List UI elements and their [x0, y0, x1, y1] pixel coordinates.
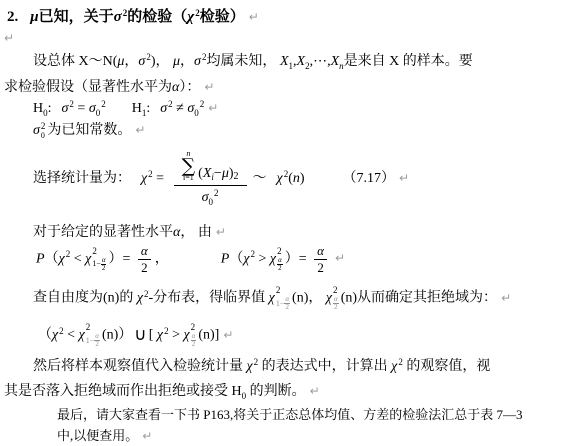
intro-text: )， — [151, 54, 173, 69]
alpha-symbol: α — [191, 333, 197, 340]
critical-values-line: 查自由度为(n)的 χ2-分布表，得临界值 χ21−α2(n)， χ2α2(n)… — [33, 286, 511, 311]
final-note-line-1: 最后，请大家查看一下书 P163,将关于正态总体均值、方差的检验法汇总于表 7—… — [57, 404, 522, 423]
mu-symbol: μ — [222, 166, 229, 182]
chi-symbol: χ — [52, 328, 58, 343]
superscript-2: 2 — [86, 323, 91, 332]
argument-n: (n) — [102, 328, 118, 343]
paragraph-mark-icon: ↵ — [142, 429, 152, 443]
conclusion-line-2: 其是否落入拒绝域而作出拒绝或接受 H0 的判断。↵ — [4, 380, 320, 401]
ellipsis: ,⋯, — [310, 54, 331, 69]
chi-symbol: χ — [79, 328, 85, 343]
final-note-text: 最后，请大家查看一下书 P163,将关于正态总体均值、方差的检验法汇总于表 7—… — [57, 407, 522, 422]
greater-than: > — [169, 328, 184, 343]
h0-label: H — [33, 101, 43, 116]
chi-symbol: χ — [277, 171, 283, 186]
sigma-symbol: σ — [194, 54, 201, 69]
chi-symbol: χ — [157, 328, 163, 343]
superscript-2: 2 — [214, 188, 219, 198]
alpha-half-mini-fraction: α2 — [101, 257, 107, 272]
alpha-half-fraction: α2 — [138, 244, 151, 274]
paragraph-mark-icon: ↵ — [399, 171, 409, 185]
subscript-0: 0 — [41, 132, 45, 140]
equals: ）= — [109, 251, 134, 266]
critical-text: 查自由度为(n)的 — [33, 291, 137, 306]
conclusion-line-1: 然后将样本观察值代入检验统计量 χ2 的表达式中，计算出 χ2 的观察值，视 — [33, 355, 490, 375]
section-title: 2.μ已知，关于σ2的检验（χ2检验）↵ — [7, 5, 259, 26]
argument-n: (n) — [198, 328, 214, 343]
mu-symbol: μ — [173, 54, 180, 69]
minus: − — [214, 166, 222, 182]
section-number: 2. — [7, 9, 18, 25]
sum-lower-limit: i=1 — [183, 174, 194, 182]
conclusion-text: 的判断。 — [246, 384, 306, 399]
quantile-subscript: α2 — [277, 257, 283, 272]
hypotheses-line: H0:σ2 = σ02H1:σ2 ≠ σ02↵ — [33, 99, 218, 118]
superscript-2: 2 — [234, 171, 239, 182]
alpha-symbol: α — [333, 296, 339, 303]
right-bracket: ] — [215, 328, 220, 343]
sample-xn: X — [331, 54, 340, 69]
superscript-2: 2 — [92, 247, 97, 256]
x-variable: X — [203, 166, 212, 182]
rejection-region-line: （χ2 < χ21−α2(n)）∪[ χ2 > χ2α2(n)]↵ — [38, 323, 233, 348]
sigma0-symbol: σ — [33, 123, 40, 138]
alpha-half-mini-fraction: α2 — [284, 296, 290, 311]
right-paren: ） — [118, 328, 132, 343]
superscript-2: 2 — [277, 247, 282, 256]
mu-symbol: μ — [30, 9, 38, 25]
alpha-symbol: α — [277, 257, 283, 264]
quantile-subscript: 1−α2 — [86, 333, 100, 348]
equals: ）= — [285, 251, 310, 266]
chi-symbol: χ — [270, 251, 276, 266]
denominator-2: 2 — [94, 340, 100, 348]
chi-symbol: χ — [247, 359, 253, 374]
n-variable: n — [293, 171, 300, 186]
chi-squared-lower-quantile: 21−α2 — [276, 286, 290, 311]
chi-squared-lower-quantile: 21−α2 — [92, 247, 106, 272]
chi-squared-upper-quantile: 2α2 — [191, 323, 197, 348]
paragraph-mark-icon: ↵ — [501, 291, 511, 305]
superscript-2: 2 — [276, 286, 281, 295]
chi-symbol: χ — [391, 359, 397, 374]
denominator-2: 2 — [333, 303, 339, 311]
alpha-text: 对于给定的显著性水平 — [33, 225, 173, 240]
final-note-text: 中,以便查用。 — [57, 428, 138, 443]
chi-symbol: χ — [326, 291, 332, 306]
alpha-symbol: α — [94, 333, 100, 340]
chi-symbol: χ — [137, 291, 143, 306]
chi-symbol: χ — [85, 251, 91, 266]
critical-text: (n)从而确定其拒绝域为： — [341, 291, 497, 306]
final-note-line-2: 中,以便查用。↵ — [57, 425, 152, 444]
greater-than: > — [255, 251, 270, 266]
paragraph-mark-icon: ↵ — [216, 225, 226, 239]
known-constant-text: 为已知常数。 — [47, 123, 131, 138]
statistic-formula-line: 选择统计量为：χ2 = n∑i=1(Xi − μ)2σ02～χ2(n)（7.17… — [33, 150, 409, 207]
quantile-subscript: 1−α2 — [276, 296, 290, 311]
right-paren: ) — [300, 171, 305, 186]
alpha-half-mini-fraction: α2 — [94, 333, 100, 348]
not-equals: ≠ — [173, 101, 188, 116]
alpha-half-mini-fraction: α2 — [191, 333, 197, 348]
document-page: 2.μ已知，关于σ2的检验（χ2检验）↵ ↵ 设总体 X～N(μ，σ2)， μ，… — [0, 0, 561, 446]
probability-line: P（χ2 < χ21−α2）= α2，P（χ2 > χ2α2）= α2↵ — [36, 244, 345, 274]
paragraph-mark-icon: ↵ — [310, 384, 320, 398]
comma: ， — [124, 54, 138, 69]
denominator-2: 2 — [191, 340, 197, 348]
equals: = — [74, 101, 89, 116]
title-text-2: 的检验（ — [127, 9, 187, 25]
paragraph-mark-icon: ↵ — [249, 10, 259, 24]
distributed-as: ～ — [253, 171, 267, 186]
alpha-symbol: α — [101, 257, 107, 264]
less-than: < — [64, 328, 79, 343]
chi-symbol: χ — [187, 9, 194, 25]
chi-symbol: χ — [141, 171, 147, 186]
alpha-text: ， 由 — [180, 225, 212, 240]
chi-symbol: χ — [59, 251, 65, 266]
known-constant-line: σ20为已知常数。↵ — [33, 119, 145, 140]
critical-text: -分布表，得临界值 — [149, 291, 269, 306]
alpha-half-mini-fraction: α2 — [277, 257, 283, 272]
superscript-2: 2 — [333, 286, 338, 295]
sample-x2: X — [297, 54, 306, 69]
sum-icon: ∑ — [182, 158, 196, 174]
subscript-0: 0 — [194, 108, 199, 118]
superscript-2: 2 — [41, 122, 46, 131]
equals: = — [153, 171, 168, 186]
quantile-subscript: α2 — [191, 333, 197, 348]
chi-squared-lower-quantile: 21−α2 — [86, 323, 100, 348]
one-minus: 1− — [92, 260, 101, 268]
chi-symbol: χ — [243, 251, 249, 266]
less-than: < — [70, 251, 85, 266]
probability-p: P — [36, 251, 45, 266]
colon: : — [146, 101, 150, 116]
quantile-subscript: 1−α2 — [92, 257, 106, 272]
sigma0-symbol: σ — [89, 101, 96, 116]
alpha-symbol: α — [314, 244, 327, 260]
left-bracket: [ — [149, 328, 157, 343]
quantile-subscript: α2 — [333, 296, 339, 311]
statistic-fraction: n∑i=1(Xi − μ)2σ02 — [174, 150, 247, 207]
alpha-symbol: α — [138, 244, 151, 260]
one-minus: 1− — [276, 300, 285, 308]
sigma-symbol: σ — [114, 9, 122, 25]
sigma-symbol: σ — [138, 54, 145, 69]
empty-paragraph: ↵ — [4, 31, 14, 47]
comma: ， — [155, 251, 169, 266]
denominator-2: 2 — [101, 264, 107, 272]
denominator-2: 2 — [317, 260, 324, 275]
critical-text: (n)， — [292, 291, 326, 306]
chi-squared-upper-quantile: 2α2 — [277, 247, 283, 272]
intro-text: ）： — [179, 80, 200, 95]
denominator-2: 2 — [277, 264, 283, 272]
paragraph-mark-icon: ↵ — [204, 80, 214, 94]
left-paren: （ — [45, 251, 59, 266]
chi-squared-upper-quantile: 2α2 — [333, 286, 339, 311]
union-icon: ∪ — [134, 325, 146, 345]
equation-number: （7.17） — [343, 171, 396, 186]
intro-text: 设总体 X～N( — [33, 54, 117, 69]
left-paren: （ — [38, 328, 52, 343]
alpha-half-mini-fraction: α2 — [333, 296, 339, 311]
sample-x1: X — [280, 54, 289, 69]
alpha-half-fraction: α2 — [314, 244, 327, 274]
one-minus: 1− — [86, 337, 95, 345]
paragraph-mark-icon: ↵ — [135, 123, 145, 137]
colon: : — [48, 101, 52, 116]
superscript-2: 2 — [191, 323, 196, 332]
paragraph-mark-icon: ↵ — [208, 101, 218, 115]
sigma0-squared-stack: 20 — [41, 122, 46, 140]
h1-label: H — [132, 101, 142, 116]
superscript-2: 2 — [200, 99, 205, 109]
sigma0-symbol: σ — [202, 190, 209, 205]
intro-line-2: 求检验假设（显著性水平为α）：↵ — [4, 76, 214, 96]
fraction-denominator: σ02 — [202, 186, 219, 207]
alpha-symbol: α — [284, 296, 290, 303]
paragraph-mark-icon: ↵ — [4, 31, 14, 45]
chi-symbol: χ — [269, 291, 275, 306]
intro-line-1: 设总体 X～N(μ，σ2)， μ，σ2均属未知， X1,X2,⋯,Xn是来自 X… — [33, 50, 473, 71]
denominator-2: 2 — [141, 260, 148, 275]
subscript-0: 0 — [96, 108, 101, 118]
title-text-1: 已知，关于 — [39, 9, 114, 25]
sigma-symbol: σ — [62, 101, 69, 116]
conclusion-text: 其是否落入拒绝域而作出拒绝或接受 H — [4, 384, 242, 399]
fraction-numerator: n∑i=1(Xi − μ)2 — [174, 150, 247, 186]
superscript-2: 2 — [101, 99, 106, 109]
chi-symbol: χ — [183, 328, 189, 343]
left-paren: （ — [229, 251, 243, 266]
title-text-3: 检验） — [200, 9, 245, 25]
comma: ， — [180, 54, 194, 69]
conclusion-text: 的表达式中，计算出 — [258, 359, 391, 374]
paragraph-mark-icon: ↵ — [335, 251, 345, 265]
summation: n∑i=1 — [182, 150, 196, 182]
conclusion-text: 然后将样本观察值代入检验统计量 — [33, 359, 247, 374]
intro-text: 均属未知， — [206, 54, 280, 69]
sigma-symbol: σ — [160, 101, 167, 116]
intro-text: 求检验假设（显著性水平为 — [4, 80, 172, 95]
statistic-label: 选择统计量为： — [33, 171, 131, 186]
paragraph-mark-icon: ↵ — [223, 328, 233, 342]
subscript-0: 0 — [209, 197, 214, 207]
conclusion-text: 的观察值，视 — [403, 359, 491, 374]
alpha-line: 对于给定的显著性水平α， 由↵ — [33, 221, 226, 241]
intro-text: 是来自 X 的样本。要 — [344, 54, 473, 69]
denominator-2: 2 — [284, 303, 290, 311]
